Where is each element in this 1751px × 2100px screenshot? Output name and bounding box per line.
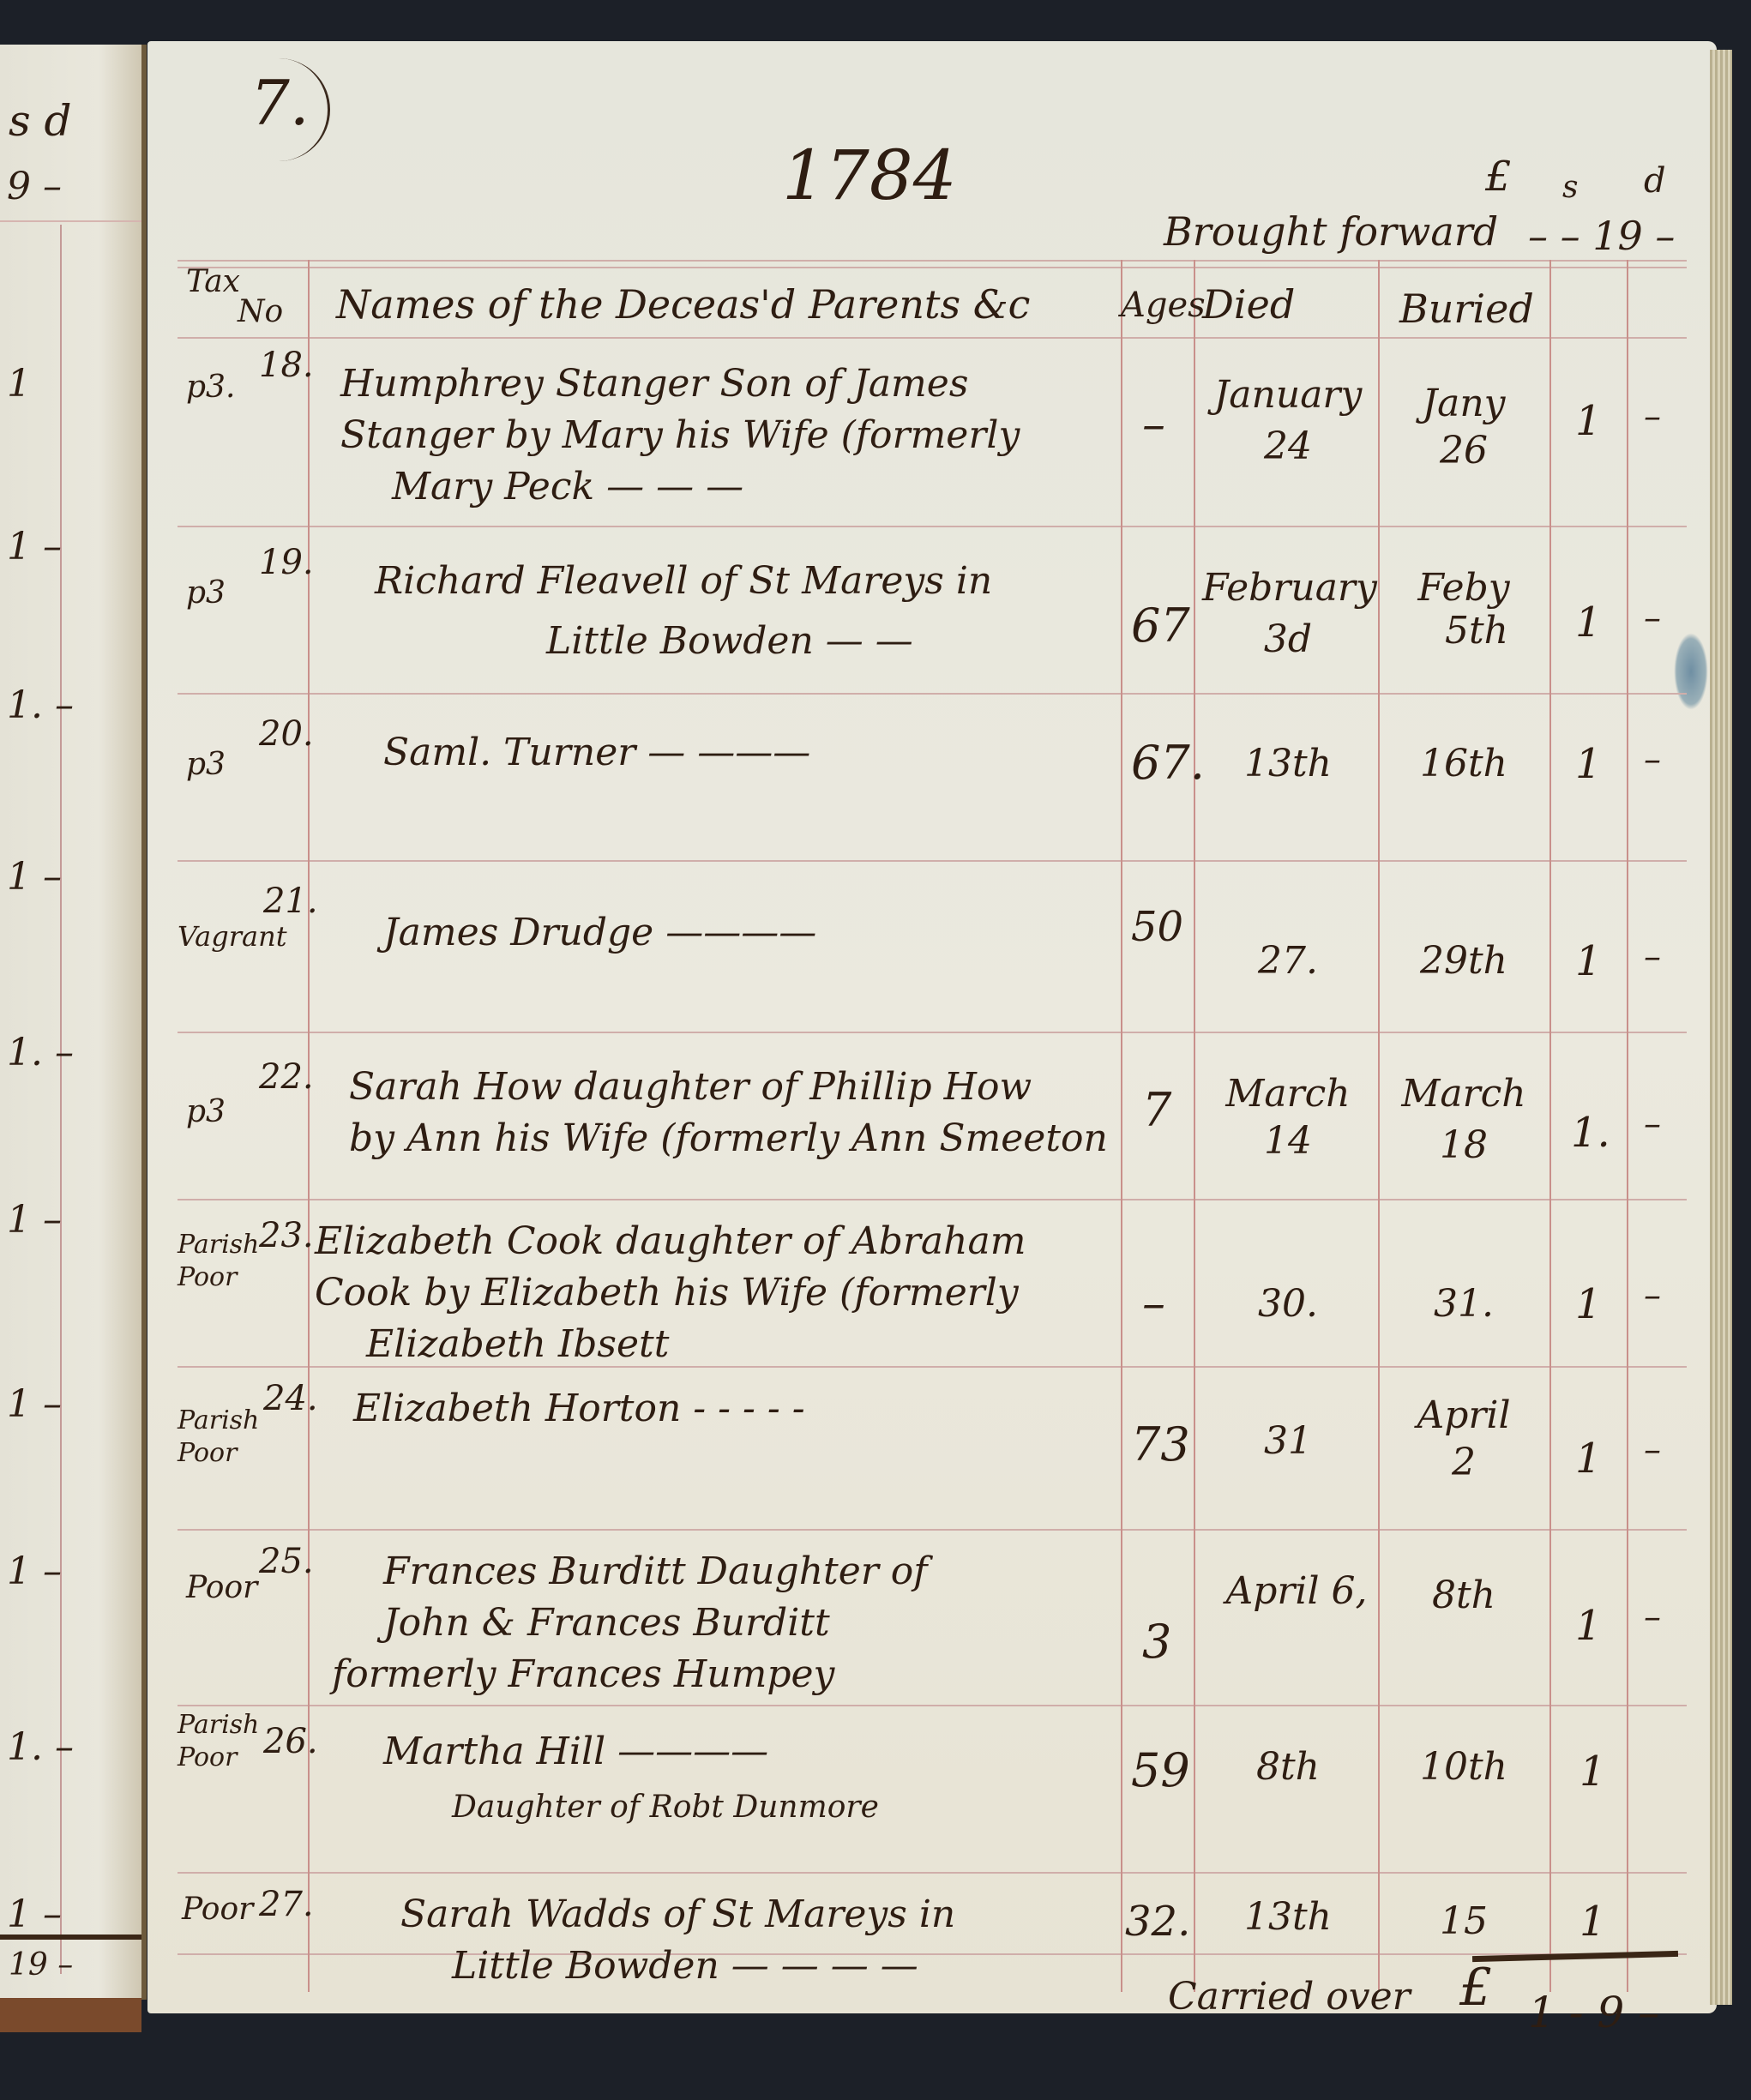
deceased-name-line: by Ann his Wife (formerly Ann Smeeton xyxy=(349,1113,1108,1164)
fee-shillings: 1 xyxy=(1575,1435,1602,1483)
rule xyxy=(178,337,1687,339)
column-rule xyxy=(60,225,62,1974)
rule xyxy=(178,260,1687,268)
column-rule xyxy=(1378,260,1380,1992)
deceased-name-line: Mary Peck — — — xyxy=(392,461,743,513)
column-header-tax: Tax xyxy=(186,264,240,299)
age: 67 xyxy=(1131,599,1190,653)
deceased-name-line: Sarah Wadds of St Mareys in xyxy=(400,1889,955,1941)
age: – xyxy=(1142,397,1165,451)
left-entry: 1. – xyxy=(7,1031,74,1074)
column-header-no: No xyxy=(238,294,283,329)
rule xyxy=(178,1953,1687,1955)
left-entry: 1 – xyxy=(7,855,62,899)
age: – xyxy=(1142,1276,1165,1330)
deceased-name-line: John & Frances Burditt xyxy=(383,1598,830,1649)
fee-shillings: 1 xyxy=(1575,740,1602,788)
age: 7 xyxy=(1142,1083,1171,1137)
buried-day: 29th xyxy=(1382,937,1545,985)
buried-day: 8th xyxy=(1382,1572,1545,1620)
left-page-header-value: 9 – xyxy=(7,165,62,208)
died-day: 27. xyxy=(1202,937,1374,985)
entry-number: 20. xyxy=(259,714,314,754)
buried-day: 10th xyxy=(1382,1743,1545,1791)
column-header-died: Died xyxy=(1202,281,1295,328)
rule xyxy=(0,220,141,222)
fee-pence: – xyxy=(1644,1276,1661,1315)
column-rule xyxy=(1627,260,1628,1992)
died-day: April 6, xyxy=(1211,1567,1382,1616)
entry-number: 21. xyxy=(263,882,318,921)
fee-pence: – xyxy=(1644,1430,1661,1470)
column-header-names: Names of the Deceas'd Parents &c xyxy=(336,281,1030,328)
pounds-symbol: £ xyxy=(1485,153,1512,201)
deceased-name-line: Martha Hill ———— xyxy=(383,1726,768,1778)
page-edge xyxy=(1710,50,1732,2005)
left-entry: 1 – xyxy=(7,1382,62,1426)
died-month: February xyxy=(1202,564,1374,612)
died-day: 13th xyxy=(1202,740,1374,788)
tax-status: p3 xyxy=(186,749,226,781)
rule xyxy=(178,860,1687,862)
deceased-name-line: Sarah How daughter of Phillip How xyxy=(349,1062,1032,1113)
left-page-currency-header: s d xyxy=(9,96,72,146)
buried-month: Feby xyxy=(1382,564,1545,612)
died-month: March xyxy=(1202,1070,1374,1118)
deceased-name-line: Humphrey Stanger Son of James xyxy=(340,358,968,410)
died-day: 31 xyxy=(1202,1417,1374,1465)
rule xyxy=(178,526,1687,527)
died-day: 30. xyxy=(1202,1280,1374,1328)
fee-shillings: 1 xyxy=(1575,1602,1602,1650)
buried-month: April xyxy=(1382,1392,1545,1440)
year-heading: 1784 xyxy=(782,135,957,215)
deceased-name-line: Cook by Elizabeth his Wife (formerly xyxy=(315,1267,1019,1319)
buried-day: 5th xyxy=(1395,607,1558,655)
fee-shillings: 1 xyxy=(1575,937,1602,985)
column-header-ages: Ages xyxy=(1121,286,1206,325)
left-entry: 1 – xyxy=(7,525,62,569)
died-month: January xyxy=(1202,371,1374,419)
deceased-name-line: formerly Frances Humpey xyxy=(332,1649,834,1700)
buried-day: 26 xyxy=(1382,427,1545,475)
died-day: 13th xyxy=(1202,1893,1374,1941)
column-rule xyxy=(1549,260,1551,1992)
tax-status: Vagrant xyxy=(178,920,287,953)
rule xyxy=(178,1872,1687,1874)
column-header-buried: Buried xyxy=(1399,286,1534,332)
brought-forward-value: – – 19 – xyxy=(1528,213,1675,259)
tax-status: p3 xyxy=(186,1096,226,1128)
left-entry: 1 xyxy=(7,362,31,406)
deceased-name-line: Daughter of Robt Dunmore xyxy=(452,1782,879,1833)
entry-number: 19. xyxy=(259,543,314,582)
deceased-name-line: Little Bowden — — — — xyxy=(452,1941,918,1992)
deceased-name-line: Richard Fleavell of St Mareys in xyxy=(375,556,992,607)
buried-day: 2 xyxy=(1382,1439,1545,1487)
fee-shillings: 1 xyxy=(1575,397,1602,445)
register-page: 7. 1784 Brought forward £ s d – – 19 – T… xyxy=(147,41,1717,2013)
died-day: 24 xyxy=(1202,423,1374,471)
fee-pence: – xyxy=(1644,740,1661,779)
entry-number: 25. xyxy=(259,1542,314,1581)
left-entry: 1. – xyxy=(7,1725,74,1769)
tax-status: Poor xyxy=(182,1893,253,1926)
tax-status: p3. xyxy=(186,371,235,404)
left-entry: 1 – xyxy=(7,1549,62,1593)
carried-over-value: 1 - 9 – xyxy=(1528,1988,1659,2037)
rule xyxy=(178,1529,1687,1531)
buried-month: March xyxy=(1382,1070,1545,1118)
column-rule xyxy=(1121,260,1122,1992)
tax-status: p3 xyxy=(186,577,226,610)
fee-pence: – xyxy=(1644,937,1661,977)
rule xyxy=(178,1032,1687,1033)
column-rule xyxy=(1194,260,1195,1992)
age: 73 xyxy=(1131,1417,1190,1471)
buried-day: 18 xyxy=(1382,1122,1545,1170)
age: 50 xyxy=(1131,903,1183,951)
buried-day: 16th xyxy=(1382,740,1545,788)
fee-shillings: 1 xyxy=(1580,1898,1606,1946)
deceased-name-line: Little Bowden — — xyxy=(546,616,913,667)
deceased-name-line: Elizabeth Cook daughter of Abraham xyxy=(315,1216,1026,1267)
entry-number: 26. xyxy=(263,1722,318,1761)
pence-symbol: d xyxy=(1644,161,1666,201)
age: 67. xyxy=(1131,736,1205,790)
left-page: s d 9 – 1 1 – 1. – 1 – 1. – 1 – 1 – 1 – … xyxy=(0,45,147,2000)
left-entry: 1 – xyxy=(7,1892,62,1936)
fee-shillings: 1. xyxy=(1571,1109,1610,1157)
shillings-symbol: s xyxy=(1562,170,1578,205)
folio-number: 7. xyxy=(250,67,310,139)
rule xyxy=(178,693,1687,695)
entry-number: 24. xyxy=(263,1379,318,1418)
deceased-name-line: Elizabeth Horton - - - - - xyxy=(353,1383,805,1435)
left-entry: 1. – xyxy=(7,683,74,727)
age: 3 xyxy=(1142,1615,1171,1669)
register-table: Tax No Names of the Deceas'd Parents &c … xyxy=(178,260,1687,1992)
fee-shillings: 1 xyxy=(1575,599,1602,647)
carried-over-label: Carried over xyxy=(1168,1975,1411,2019)
rule xyxy=(178,1705,1687,1706)
deceased-name-line: Saml. Turner — ——— xyxy=(383,727,810,779)
died-day: 14 xyxy=(1202,1117,1374,1165)
age: 32. xyxy=(1125,1898,1190,1946)
entry-number: 23. xyxy=(259,1216,314,1255)
entry-number: 22. xyxy=(259,1057,314,1097)
entry-number: 18. xyxy=(259,346,314,385)
fee-pence: – xyxy=(1644,397,1661,436)
fee-pence: – xyxy=(1644,1598,1661,1637)
died-day: 8th xyxy=(1202,1743,1374,1791)
deceased-name-line: Elizabeth Ibsett xyxy=(366,1319,669,1370)
tax-status: Poor xyxy=(186,1572,257,1604)
died-day: 3d xyxy=(1202,616,1374,664)
deceased-name-line: James Drudge ———— xyxy=(383,907,816,959)
age: 59 xyxy=(1131,1743,1190,1797)
fee-pence: – xyxy=(1644,599,1661,638)
deceased-name-line: Stanger by Mary his Wife (formerly xyxy=(340,410,1020,461)
brought-forward-label: Brought forward xyxy=(1164,208,1498,255)
total-rule xyxy=(0,1935,141,1940)
rule xyxy=(178,1199,1687,1200)
deceased-name-line: Frances Burditt Daughter of xyxy=(383,1546,928,1598)
pounds-symbol: £ xyxy=(1459,1958,1492,2018)
buried-month: Jany xyxy=(1382,380,1545,428)
fee-shillings: 1 xyxy=(1580,1748,1606,1796)
buried-day: 15 xyxy=(1382,1898,1545,1946)
entry-number: 27. xyxy=(259,1885,314,1924)
fee-pence: – xyxy=(1644,1104,1661,1144)
left-page-total: 19 – xyxy=(9,1947,73,1983)
buried-day: 31. xyxy=(1382,1280,1545,1328)
tax-status: Parish Poor xyxy=(178,1709,255,1774)
left-entry: 1 – xyxy=(7,1198,62,1242)
tax-status: Parish Poor xyxy=(178,1405,255,1470)
fee-shillings: 1 xyxy=(1575,1280,1602,1328)
tax-status: Parish Poor xyxy=(178,1229,255,1294)
book-cover-edge xyxy=(0,1998,141,2032)
